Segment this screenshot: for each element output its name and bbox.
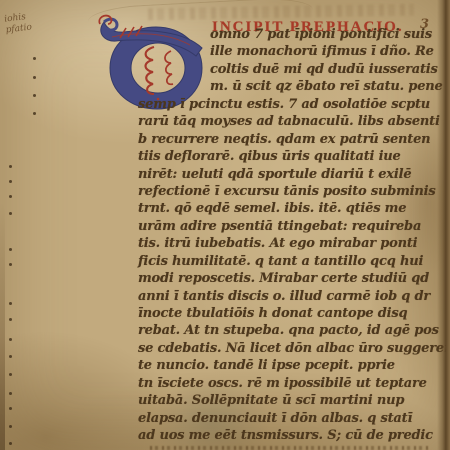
manuscript-line: tiis deflorarē. qibus ūris qualitati iue: [138, 149, 438, 166]
prick-mark: [9, 302, 12, 305]
manuscript-line: urām adire psentiā ttingebat: requireba: [138, 219, 438, 236]
prick-mark: [33, 76, 36, 79]
manuscript-line: trnt. qō eqdē semel. ibis. itē. qtiēs me: [138, 201, 438, 218]
manuscript-line: te nuncio. tandē li ipse pcepit. pprie: [138, 358, 438, 375]
prick-mark: [9, 425, 12, 428]
manuscript-line: īnocte tbulatiōis h donat cantope disq: [138, 306, 438, 323]
page-gutter-edge: [0, 0, 5, 450]
prick-mark: [9, 338, 12, 341]
manuscript-line: m. ū scit qz ēbato reī statu. pene: [138, 79, 438, 96]
manuscript-line: uitabā. Sollēpnitate ū scī martini nup: [138, 393, 438, 410]
prick-mark: [9, 373, 12, 376]
marginal-annotation: iohis pfatio: [4, 11, 33, 36]
prick-mark: [9, 355, 12, 358]
prick-mark: [9, 180, 12, 183]
manuscript-line: rebat. At tn stupeba. qna pacto, id agē …: [138, 323, 438, 340]
prick-mark: [9, 212, 12, 215]
manuscript-line: rarū tāq moyses ad tabnaculū. libs absen…: [138, 114, 438, 131]
prick-mark: [9, 248, 12, 251]
manuscript-line: b recurrere neqtis. qdam ex patrū senten: [138, 132, 438, 149]
prick-mark: [9, 392, 12, 395]
prick-mark: [9, 442, 12, 445]
manuscript-page: iohis pfatio INCIPIT PREPHACIO. 3 omno 7…: [0, 0, 450, 450]
manuscript-line: omno 7 pat īpioni pontifici suis: [138, 27, 438, 44]
page-fore-edge: [437, 0, 450, 450]
manuscript-line: tis. itrū iubebatis. At ego mirabar pont…: [138, 236, 438, 253]
prick-mark: [9, 318, 12, 321]
prick-mark: [9, 263, 12, 266]
prick-mark: [33, 112, 36, 115]
prick-mark: [9, 407, 12, 410]
manuscript-line: modi reposcetis. Mirabar certe studiū qd: [138, 271, 438, 288]
prick-mark: [9, 165, 12, 168]
prick-mark: [33, 94, 36, 97]
marginal-annotation-line2: pfatio: [5, 22, 33, 36]
manuscript-line: se cdebatis. Nā licet dōn albac ūro sugg…: [138, 341, 438, 358]
manuscript-line: ficis humilitatē. q tant a tantillo qcq …: [138, 254, 438, 271]
prick-mark: [33, 57, 36, 60]
manuscript-line: nirēt: ueluti qdā sportule diariū t exil…: [138, 167, 438, 184]
prick-mark: [9, 195, 12, 198]
manuscript-line: tn īsciete oscs. rē m ipossibilē ut tept…: [138, 376, 438, 393]
cropped-bottom-line: [150, 446, 430, 450]
manuscript-line: elapsa. denunciauit ī dōn albas. q statī: [138, 411, 438, 428]
manuscript-line: ad uos me eēt tnsmissurs. S; cū de predi…: [138, 428, 438, 445]
manuscript-line: coltis duē mi qd dudū iusseratis: [138, 62, 438, 79]
manuscript-line: ille monachorū ifimus ī dño. Re: [138, 44, 438, 61]
text-block: omno 7 pat īpioni pontifici suisille mon…: [138, 27, 438, 446]
manuscript-line: semp ī pcinctu estis. 7 ad osolatiōe scp…: [138, 97, 438, 114]
manuscript-line: refectionē ī excursu tānis posito submin…: [138, 184, 438, 201]
manuscript-line: anni ī tantis discis o. illud carmē iob …: [138, 289, 438, 306]
